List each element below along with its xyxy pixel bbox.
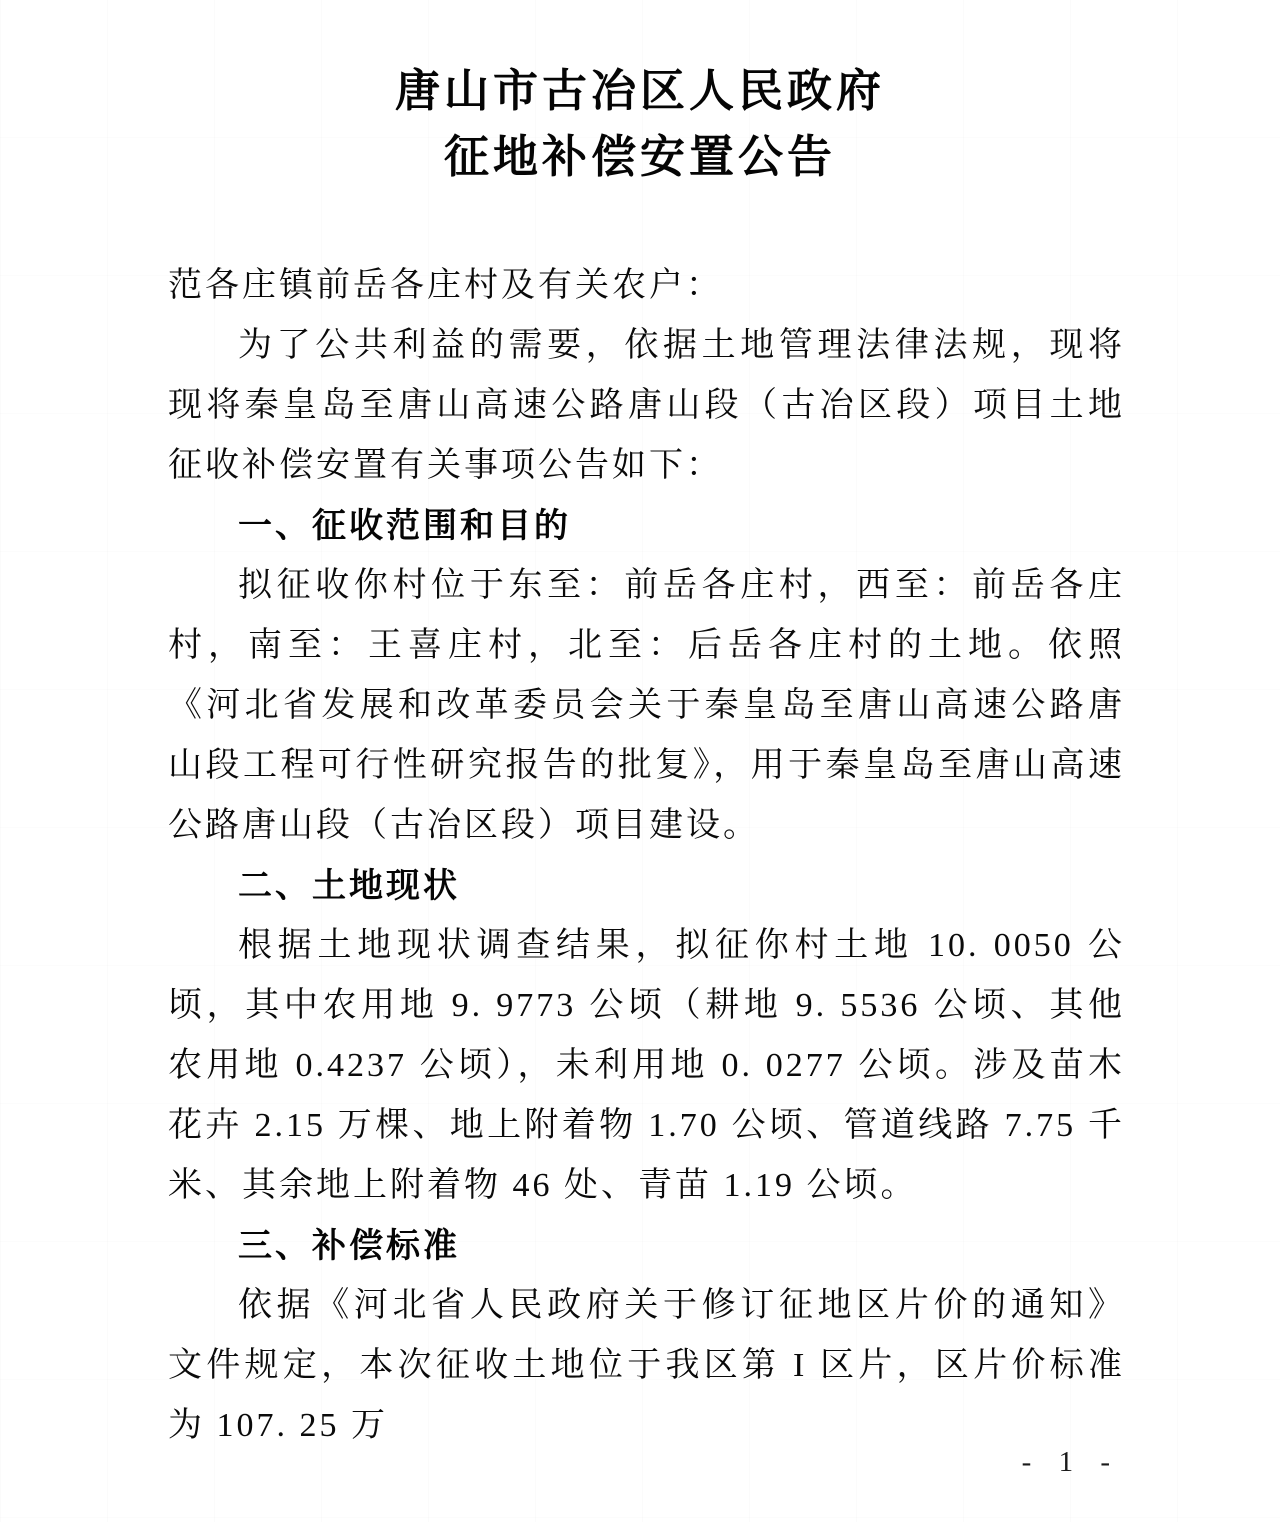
intro-paragraph: 为了公共利益的需要，依据土地管理法律法规，现将现将秦皇岛至唐山高速公路唐山段（古… bbox=[168, 316, 1125, 496]
document-title-line-2: 征地补偿安置公告 bbox=[0, 124, 1280, 190]
section-2-paragraph: 根据土地现状调查结果，拟征你村土地 10. 0050 公顷，其中农用地 9. 9… bbox=[168, 916, 1125, 1216]
section-heading-2: 二、土地现状 bbox=[168, 856, 1125, 916]
section-heading-3: 三、补偿标准 bbox=[168, 1216, 1125, 1276]
scanned-document-page: 唐山市古冶区人民政府 征地补偿安置公告 范各庄镇前岳各庄村及有关农户： 为了公共… bbox=[0, 0, 1280, 1522]
page-number: - 1 - bbox=[1022, 1446, 1120, 1479]
document-title-line-1: 唐山市古冶区人民政府 bbox=[0, 58, 1280, 124]
document-body: 范各庄镇前岳各庄村及有关农户： 为了公共利益的需要，依据土地管理法律法规，现将现… bbox=[168, 256, 1125, 1456]
section-3-paragraph: 依据《河北省人民政府关于修订征地区片价的通知》文件规定，本次征收土地位于我区第 … bbox=[168, 1276, 1125, 1456]
section-heading-1: 一、征收范围和目的 bbox=[168, 496, 1125, 556]
document-title: 唐山市古冶区人民政府 征地补偿安置公告 bbox=[0, 0, 1280, 190]
section-1-paragraph: 拟征收你村位于东至：前岳各庄村，西至：前岳各庄村，南至：王喜庄村，北至：后岳各庄… bbox=[168, 556, 1125, 856]
salutation-line: 范各庄镇前岳各庄村及有关农户： bbox=[168, 256, 1125, 316]
